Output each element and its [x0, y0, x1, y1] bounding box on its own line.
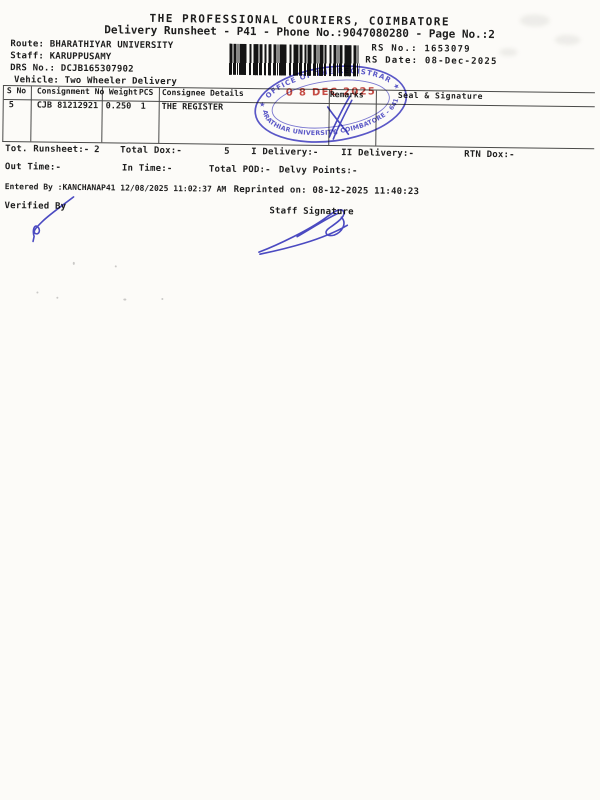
scan-smudge	[520, 14, 550, 26]
paper-speck	[115, 265, 117, 267]
verified-by-signature	[33, 196, 74, 241]
paper-speck	[123, 299, 126, 301]
paper-speck	[161, 298, 163, 300]
paper-speck	[56, 297, 58, 299]
scan-smudge	[554, 35, 580, 45]
scan-smudge	[499, 48, 517, 56]
paper-speck	[36, 291, 38, 293]
scan-tilt-layer: THE PROFESSIONAL COURIERS, COIMBATORE De…	[0, 0, 600, 800]
paper-speck	[73, 262, 75, 265]
scanned-delivery-runsheet: THE PROFESSIONAL COURIERS, COIMBATORE De…	[0, 0, 600, 800]
staff-signature	[259, 209, 348, 256]
handwriting-layer	[0, 0, 600, 800]
seal-initials-signature	[327, 96, 352, 139]
